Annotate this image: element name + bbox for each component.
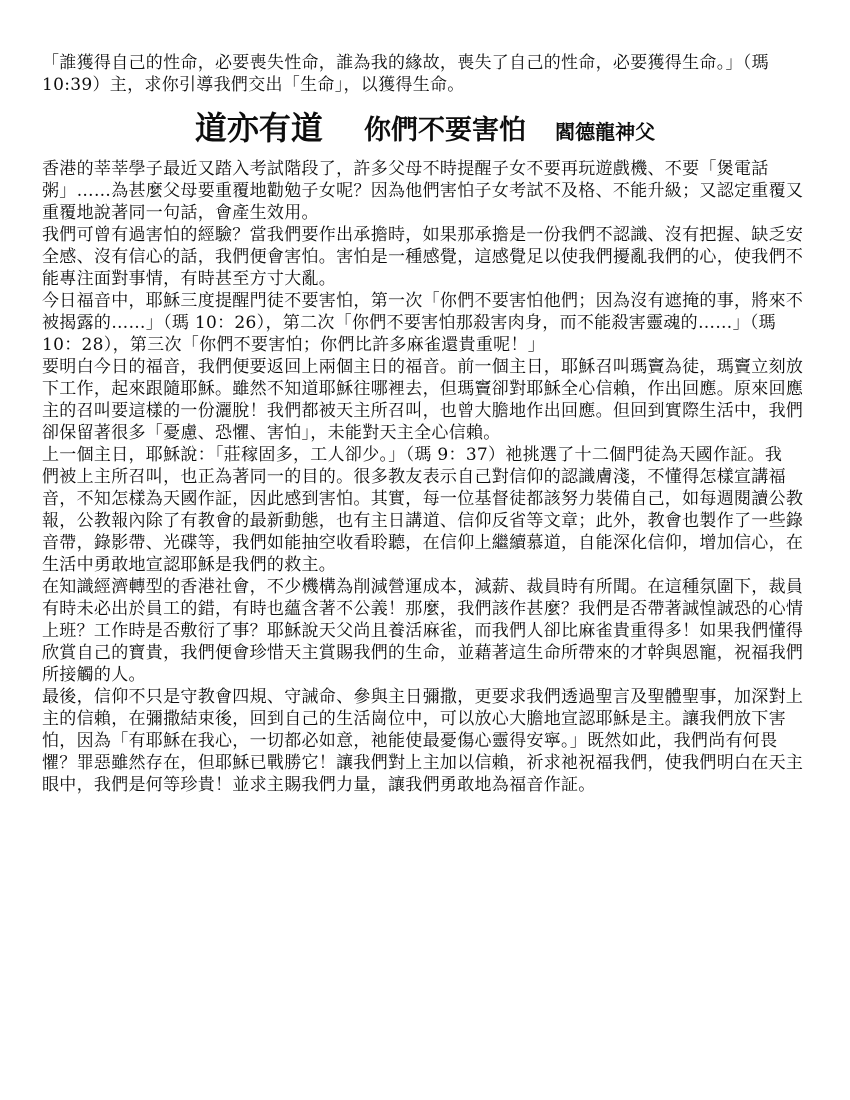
- intro-quote: 「誰獲得自己的性命，必要喪失性命，誰為我的緣故，喪失了自己的性命，必要獲得生命。…: [42, 52, 808, 96]
- paragraph-3: 今日福音中，耶穌三度提醒門徒不要害怕，第一次「你們不要害怕他們；因為沒有遮掩的事…: [42, 290, 808, 356]
- paragraph-1: 香港的莘莘學子最近又踏入考試階段了，許多父母不時提醒子女不要再玩遊戲機、不要「煲…: [42, 158, 808, 224]
- paragraph-7: 最後，信仰不只是守教會四規、守誡命、參與主日彌撒，更要求我們透過聖言及聖體聖事，…: [42, 686, 808, 796]
- paragraph-2: 我們可曾有過害怕的經驗？當我們要作出承擔時，如果那承擔是一份我們不認識、沒有把握…: [42, 224, 808, 290]
- paragraph-5: 上一個主日，耶穌說：「莊稼固多，工人卻少。」（瑪 9：37）祂挑選了十二個門徒為…: [42, 444, 808, 576]
- document-content: 「誰獲得自己的性命，必要喪失性命，誰為我的緣故，喪失了自己的性命，必要獲得生命。…: [0, 0, 850, 796]
- document-page: 「誰獲得自己的性命，必要喪失性命，誰為我的緣故，喪失了自己的性命，必要獲得生命。…: [0, 0, 850, 1100]
- article-headline: 你們不要害怕: [364, 115, 526, 146]
- article-author: 閻德龍神父: [555, 120, 655, 144]
- article-title-block: 道亦有道 你們不要害怕 閻德龍神父: [42, 109, 808, 151]
- paragraph-6: 在知識經濟轉型的香港社會，不少機構為削減營運成本，減薪、裁員時有所聞。在這種氛圍…: [42, 576, 808, 686]
- paragraph-4: 要明白今日的福音，我們便要返回上兩個主日的福音。前一個主日，耶穌召叫瑪竇為徒，瑪…: [42, 356, 808, 444]
- column-title: 道亦有道: [195, 109, 323, 147]
